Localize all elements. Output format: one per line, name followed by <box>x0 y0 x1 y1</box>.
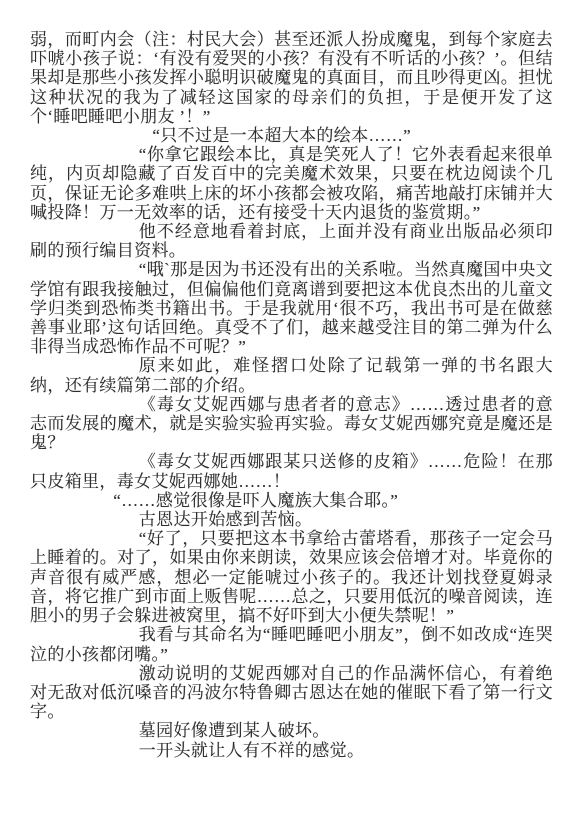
paragraph-dialogue: “只不过是一本超大本的绘本……” <box>30 126 553 145</box>
paragraph-book-blurb: 《毒女艾妮西娜与患者者的意志》……透过患者的意志而发展的魔术，就是实验实验再实验… <box>30 395 553 453</box>
paragraph-narration: 原来如此，难怪摺口处除了记载第一弹的书名跟大纳，还有续篇第二部的介绍。 <box>30 356 553 394</box>
paragraph-dialogue: “……感觉很像是吓人魔族大集合耶。” <box>30 491 553 510</box>
paragraph-dialogue: “你拿它跟绘本比，真是笑死人了！它外表看起来很单纯，内页却隐藏了百发百中的完美魔… <box>30 145 553 222</box>
paragraph-book-blurb: 《毒女艾妮西娜跟某只送修的皮箱》……危险！在那只皮箱里，毒女艾妮西娜她……！ <box>30 452 553 490</box>
paragraph-narration: 一开头就让人有不祥的感觉。 <box>30 741 553 760</box>
paragraph-dialogue: “哦`那是因为书还没有出的关系啦。当然真魔国中央文学馆有跟我接触过，但偏偏他们竟… <box>30 260 553 356</box>
scanned-book-page: 弱，而町内会（注：村民大会）甚至还派人扮成魔鬼，到每个家庭去吓唬小孩子说：‘有没… <box>0 0 583 828</box>
paragraph-narration: 墓园好像遭到某人破坏。 <box>30 721 553 740</box>
paragraph-continuation: 弱，而町内会（注：村民大会）甚至还派人扮成魔鬼，到每个家庭去吓唬小孩子说：‘有没… <box>30 30 553 126</box>
paragraph-dialogue: “好了，只要把这本书拿给古蕾塔看，那孩子一定会马上睡着的。对了，如果由你来朗读，… <box>30 529 553 625</box>
paragraph-narration: 激动说明的艾妮西娜对自己的作品满怀信心，有着绝对无敌对低沉嗓音的冯波尔特鲁卿古恩… <box>30 664 553 722</box>
paragraph-narration: 他不经意地看着封底，上面并没有商业出版品必须印刷的预行编目资料。 <box>30 222 553 260</box>
paragraph-narration: 古恩达开始感到苦恼。 <box>30 510 553 529</box>
paragraph-narration: 我看与其命名为“睡吧睡吧小朋友”，倒不如改成“连哭泣的小孩都闭嘴。” <box>30 625 553 663</box>
